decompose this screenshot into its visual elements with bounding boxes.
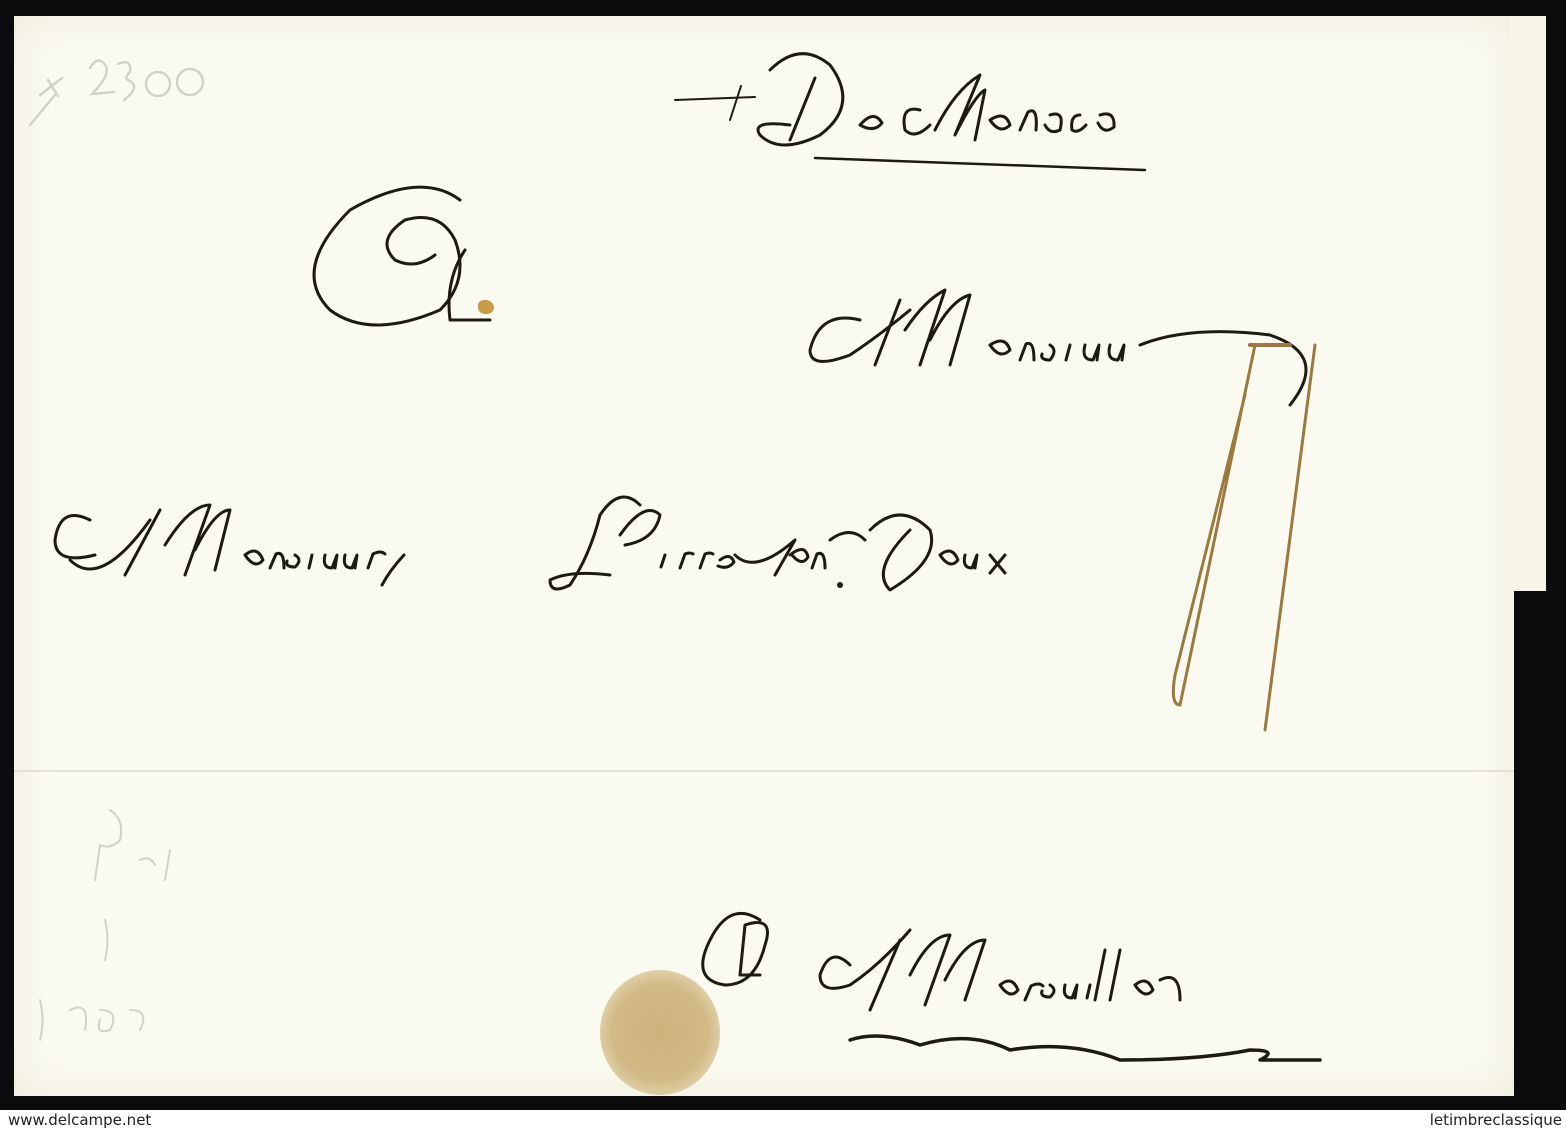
handwriting-strokes	[0, 0, 1566, 1110]
photo-background: x 2300 + De Monaco A Monsieur Monsieur P…	[0, 0, 1566, 1110]
faint-pencil-strokes	[40, 810, 170, 1040]
watermark-right: letimbreclassique	[1430, 1111, 1562, 1129]
watermark-left: www.delcampe.net	[8, 1111, 151, 1129]
pencil-note-strokes	[30, 60, 203, 125]
